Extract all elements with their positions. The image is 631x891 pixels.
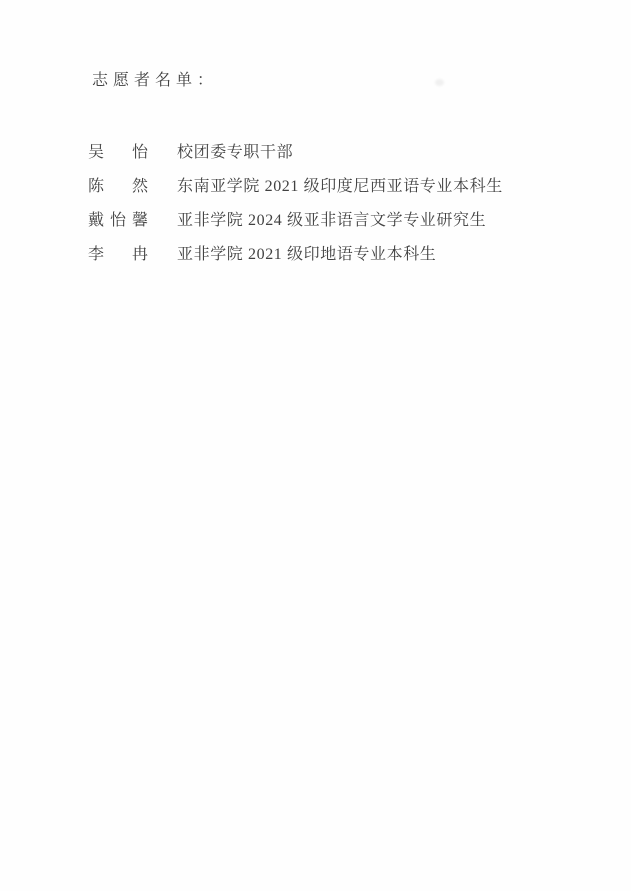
volunteer-row: 李冉 亚非学院 2021 级印地语专业本科生 (88, 235, 503, 269)
volunteer-name: 陈然 (88, 173, 148, 196)
volunteer-name: 李冉 (88, 241, 148, 264)
volunteer-description: 亚非学院 2021 级印地语专业本科生 (177, 241, 436, 264)
volunteer-list: 吴怡 校团委专职干部 陈然 东南亚学院 2021 级印度尼西亚语专业本科生 戴怡… (88, 133, 503, 269)
volunteer-list-heading: 志愿者名单： (92, 71, 218, 90)
document-page: 志愿者名单： 吴怡 校团委专职干部 陈然 东南亚学院 2021 级印度尼西亚语专… (0, 0, 631, 891)
volunteer-description: 校团委专职干部 (177, 139, 293, 162)
volunteer-description: 亚非学院 2024 级亚非语言文学专业研究生 (177, 207, 486, 230)
volunteer-row: 吴怡 校团委专职干部 (88, 133, 503, 167)
volunteer-row: 陈然 东南亚学院 2021 级印度尼西亚语专业本科生 (88, 167, 503, 201)
volunteer-row: 戴怡馨 亚非学院 2024 级亚非语言文学专业研究生 (88, 201, 503, 235)
volunteer-name: 戴怡馨 (88, 207, 148, 230)
volunteer-name: 吴怡 (88, 139, 148, 162)
volunteer-description: 东南亚学院 2021 级印度尼西亚语专业本科生 (177, 173, 503, 196)
scan-smudge (435, 79, 444, 86)
